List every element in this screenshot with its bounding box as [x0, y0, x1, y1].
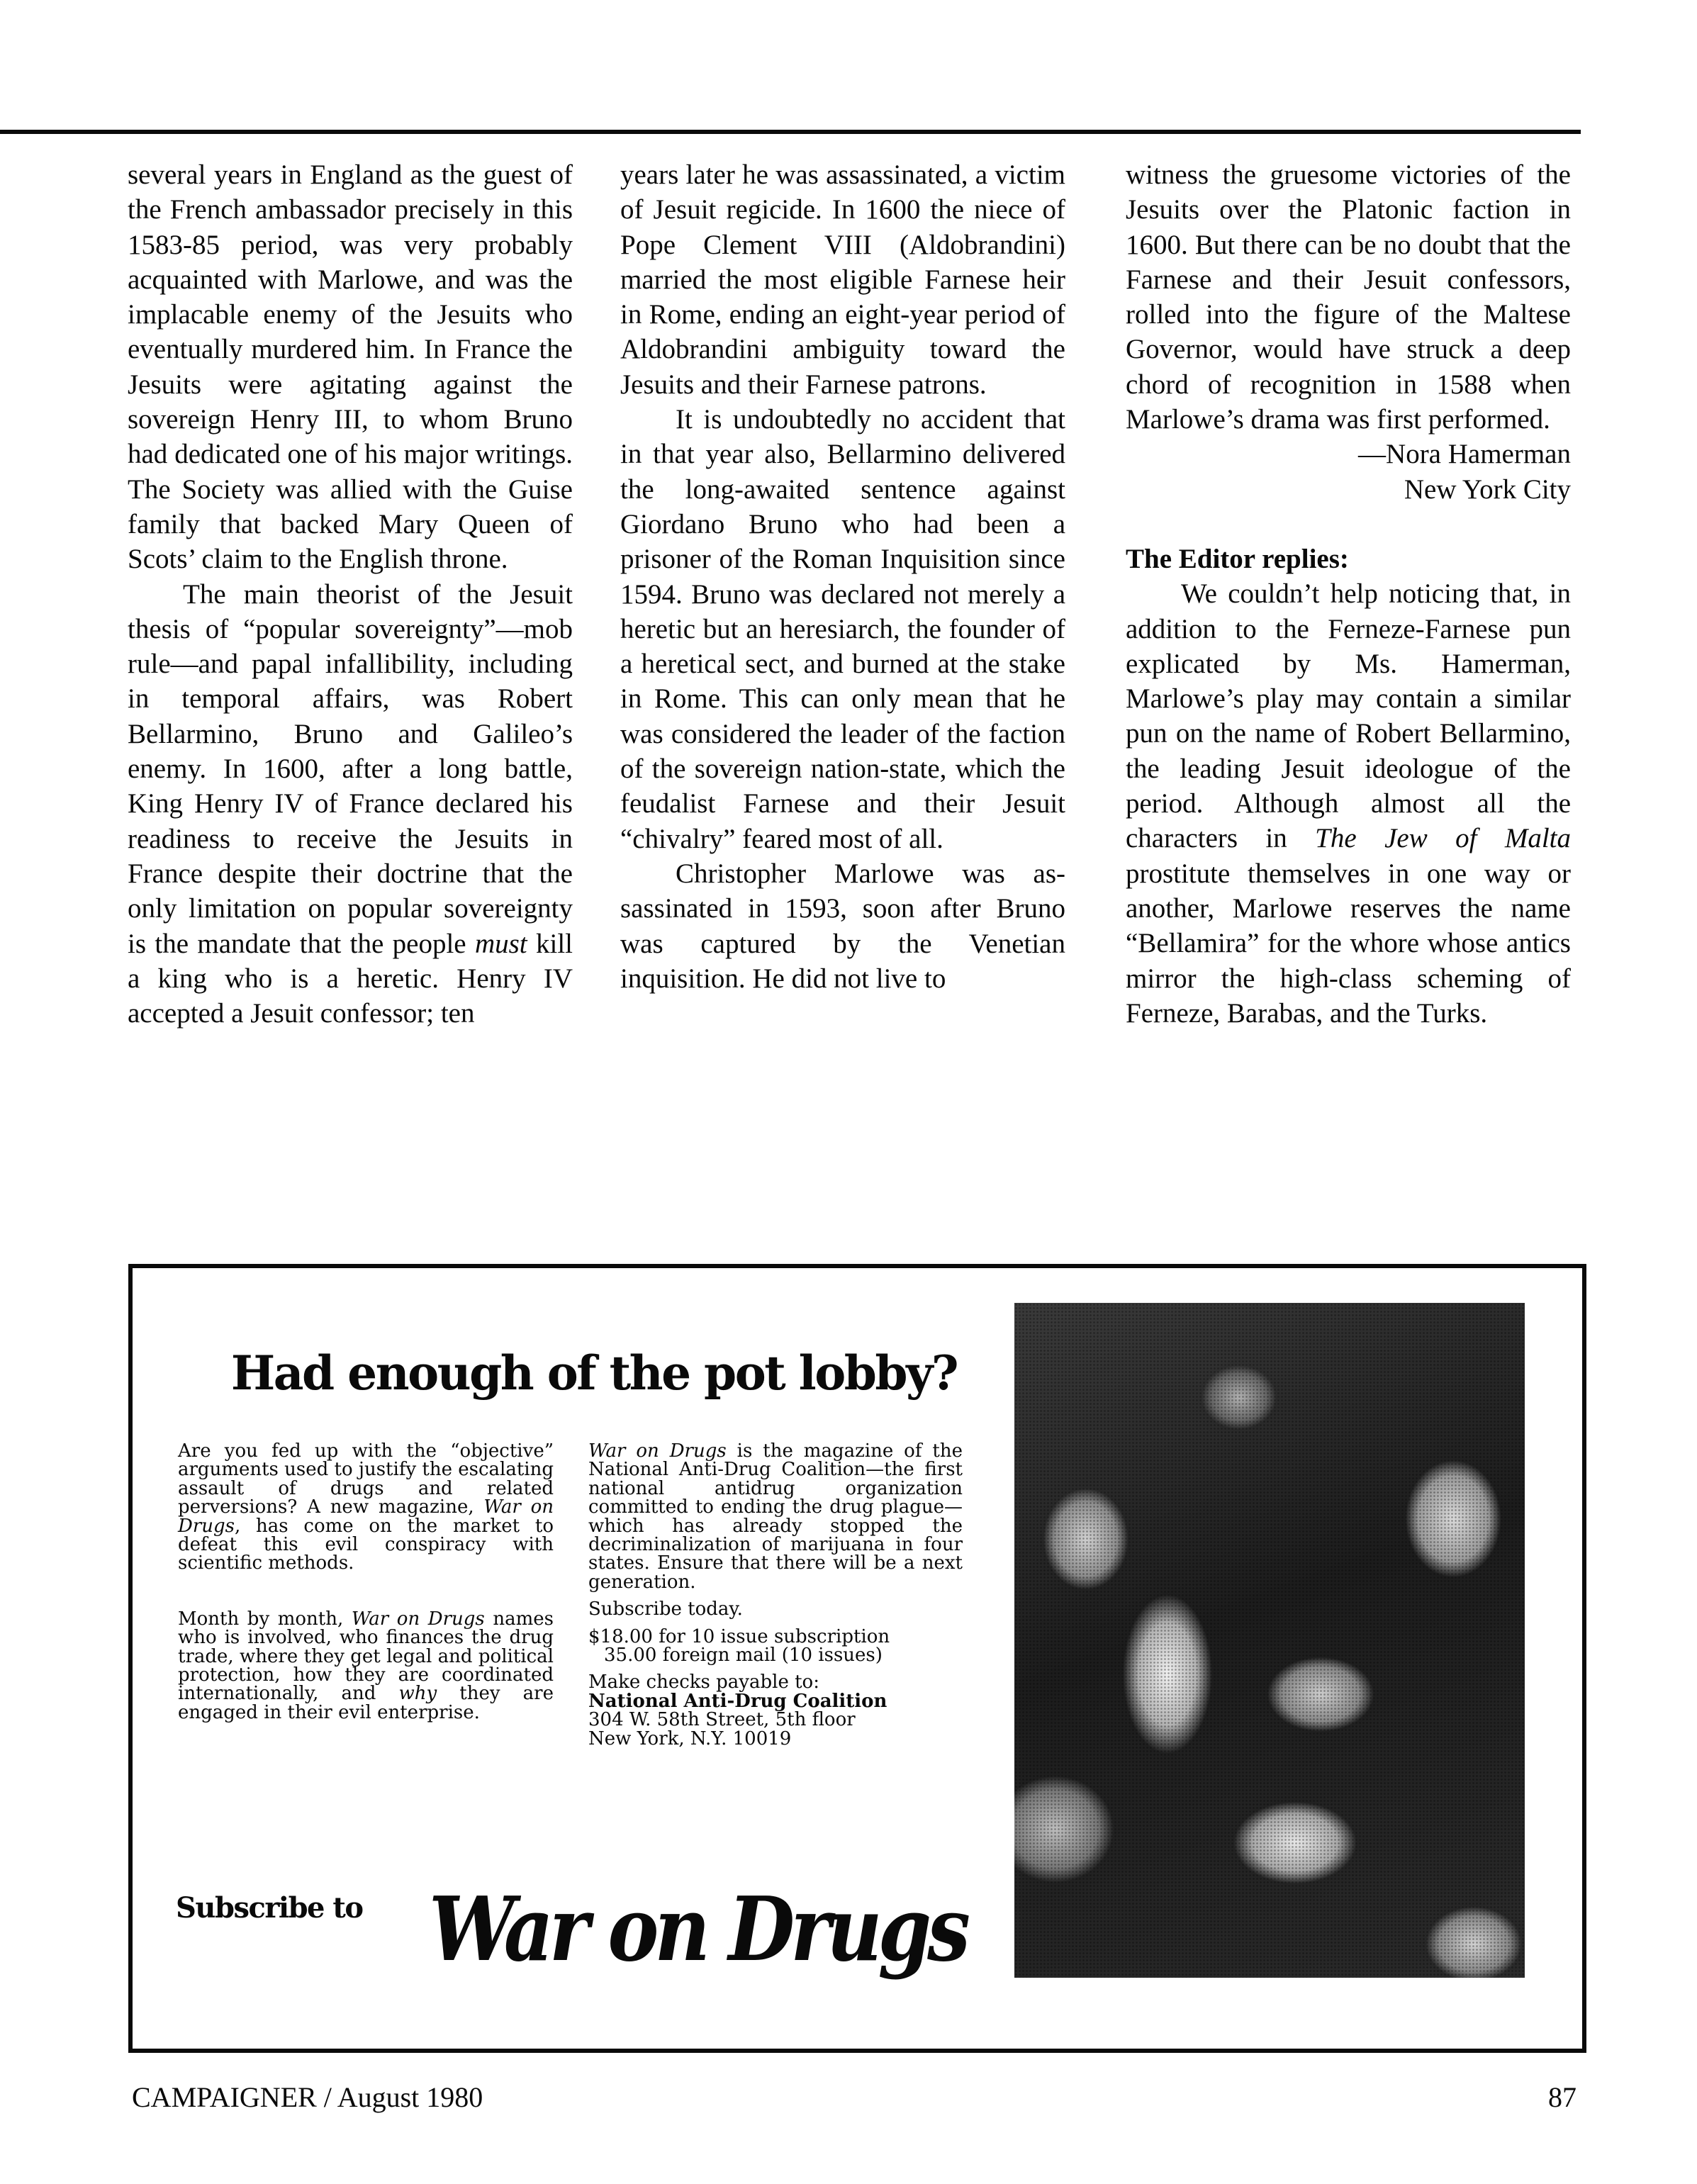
paragraph: witness the gruesome victories of the Je…	[1126, 157, 1571, 437]
checks-payable: Make checks payable to:	[588, 1673, 963, 1691]
ad-photo	[1014, 1303, 1525, 1978]
war-on-drugs-logo: War on Drugs	[429, 1878, 966, 1981]
subscribe-today: Subscribe today.	[588, 1600, 963, 1618]
address-line-2: New York, N.Y. 10019	[588, 1730, 963, 1748]
article-column-1: several years in England as the guest of…	[128, 157, 573, 1031]
ad-right-column: War on Drugs is the magazine of the Nati…	[588, 1442, 963, 1748]
paragraph: years later he was assassinated, a victi…	[620, 157, 1065, 402]
ad-paragraph: Month by month, War on Drugs names who i…	[178, 1610, 554, 1722]
ad-paragraph: War on Drugs is the magazine of the Nati…	[588, 1442, 963, 1591]
ad-paragraph: Are you fed up with the “objec­tive” arg…	[178, 1442, 554, 1573]
editor-heading: The Editor replies:	[1126, 542, 1571, 576]
price-domestic: $18.00 for 10 issue subscription	[588, 1628, 963, 1646]
emphasis: must	[475, 929, 527, 959]
article-column-2: years later he was assassinated, a victi…	[620, 157, 1065, 996]
ad-left-column: Are you fed up with the “objec­tive” arg…	[178, 1442, 554, 1722]
paragraph: We couldn’t help noticing that, in addit…	[1126, 576, 1571, 1031]
address-line-1: 304 W. 58th Street, 5th floor	[588, 1710, 963, 1729]
play-title: The Jew of Malta	[1315, 823, 1571, 853]
ad-headline: Had enough of the pot lobby?	[190, 1345, 998, 1401]
price-foreign: 35.00 foreign mail (10 issues)	[588, 1646, 963, 1664]
paragraph: Christopher Marlowe was as­sassinated in…	[620, 856, 1065, 996]
footer-publication: CAMPAIGNER / August 1980	[132, 2081, 483, 2114]
org-name: National Anti-Drug Coalition	[588, 1692, 963, 1710]
signature-place: New York City	[1126, 472, 1571, 507]
subscribe-to-label: Subscribe to	[176, 1891, 363, 1925]
paragraph: several years in England as the guest of…	[128, 157, 573, 577]
paragraph: The main theorist of the Jesuit thesis o…	[128, 577, 573, 1031]
top-rule	[0, 130, 1581, 134]
page-number: 87	[1548, 2081, 1576, 2114]
paragraph: It is undoubtedly no accident that in th…	[620, 402, 1065, 856]
signature-name: —Nora Hamerman	[1126, 437, 1571, 471]
article-column-3: witness the gruesome victories of the Je…	[1126, 157, 1571, 1031]
